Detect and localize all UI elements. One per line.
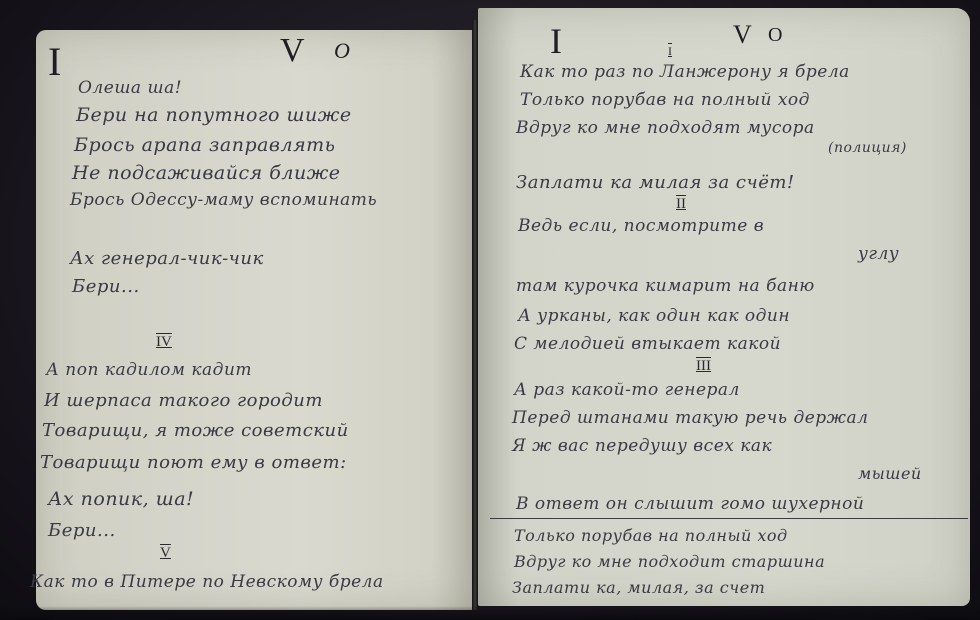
right-header-mark-v: V [733, 20, 752, 50]
section-mark-i: I [668, 44, 672, 59]
right-corner-mark: I [550, 20, 562, 62]
handwritten-line: С мелодией втыкает какой [514, 334, 781, 354]
handwritten-line: Как то раз по Ланжерону я брела [520, 62, 850, 82]
handwritten-line: Бери... [48, 520, 116, 541]
handwritten-line: В ответ он слышит гомо шухерной [516, 494, 864, 514]
handwritten-line: углу [858, 244, 899, 264]
handwritten-line: Заплати ка милая за счёт! [516, 172, 795, 193]
left-corner-mark: I [48, 38, 61, 85]
handwritten-line: И шерпаса такого городит [44, 390, 323, 411]
handwritten-line: Товарищи, я тоже советский [42, 420, 349, 441]
handwritten-line: Брось Одессу-маму вспоминать [70, 190, 377, 210]
handwritten-line: Ведь если, посмотрите в [518, 216, 764, 236]
handwritten-line: Как то в Питере по Невскому брела [30, 572, 384, 592]
handwritten-line: Брось арапа заправлять [74, 134, 336, 156]
right-header-mark-o: O [768, 24, 782, 47]
section-mark-ii: II [676, 196, 686, 213]
section-mark-iii: III [696, 358, 711, 375]
handwritten-line: Заплати ка, милая, за счет [512, 578, 765, 597]
handwritten-line: Ах генерал-чик-чик [70, 248, 264, 269]
handwritten-line: А урканы, как один как один [518, 306, 790, 326]
handwritten-line: там курочка кимарит на баню [516, 276, 815, 296]
handwritten-line: мышей [858, 464, 922, 483]
background-shadow [0, 606, 980, 620]
handwritten-line: Только порубав на полный ход [520, 90, 810, 110]
handwritten-line: Бери на попутного шиже [76, 104, 352, 126]
handwritten-line: А раз какой-то генерал [514, 380, 740, 400]
notebook-spine [472, 20, 478, 610]
handwritten-line: Вдруг ко мне подходят мусора [516, 118, 815, 138]
handwritten-line: Я ж вас передушу всех как [512, 436, 772, 456]
handwritten-line: Перед штанами такую речь держал [512, 408, 868, 428]
handwritten-line: Товарищи поют ему в ответ: [40, 452, 347, 473]
handwritten-line: Не подсаживайся ближе [72, 162, 341, 184]
handwritten-line: Вдруг ко мне подходит старшина [514, 552, 825, 571]
divider-line [490, 518, 968, 519]
section-mark-iv: IV [156, 334, 172, 351]
handwritten-line: (полиция) [828, 140, 907, 156]
left-header-mark-o: O [334, 38, 350, 64]
handwritten-line: Олеша ша! [78, 78, 182, 98]
left-header-mark-v: V [280, 32, 305, 70]
handwritten-line: Ах попик, ша! [48, 488, 194, 510]
section-mark-v: V [160, 545, 171, 562]
handwritten-line: Только порубав на полный ход [514, 526, 788, 545]
handwritten-line: Бери... [72, 276, 140, 297]
handwritten-line: А поп кадилом кадит [46, 360, 252, 380]
